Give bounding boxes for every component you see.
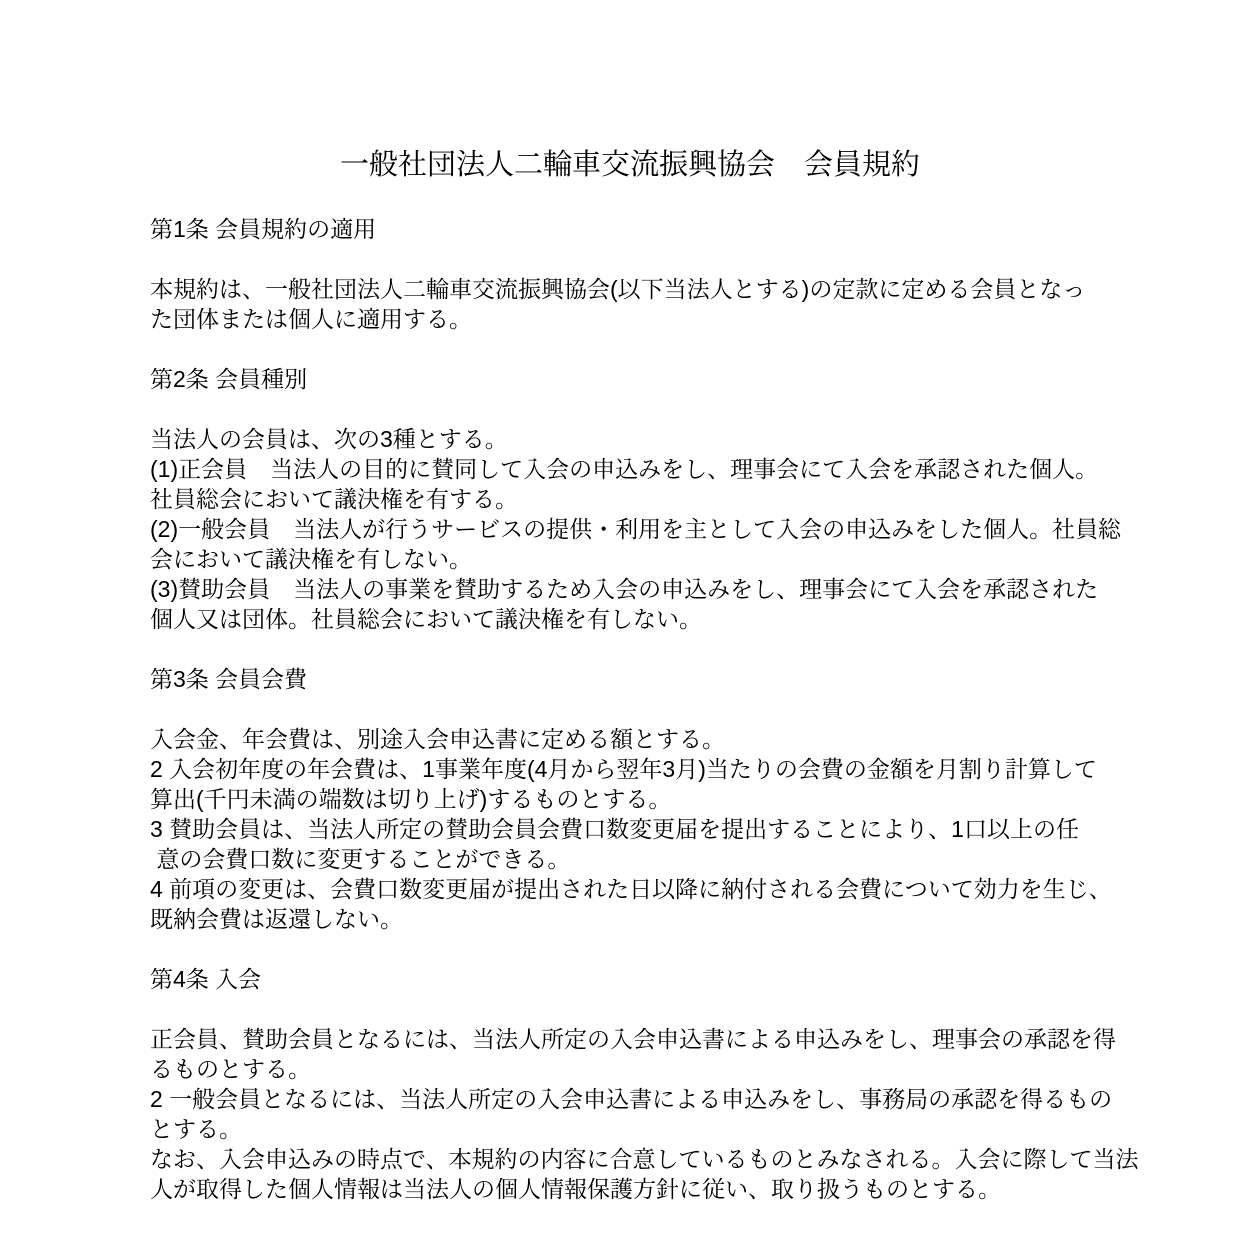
body-line: 本規約は、一般社団法人二輪車交流振興協会(以下当法人とする)の定款に定める会員と… xyxy=(150,274,1110,304)
body-line: 2 一般会員となるには、当法人所定の入会申込書による申込みをし、事務局の承認を得… xyxy=(150,1084,1110,1114)
body-line: た団体または個人に適用する。 xyxy=(150,304,1110,334)
article-1-body: 本規約は、一般社団法人二輪車交流振興協会(以下当法人とする)の定款に定める会員と… xyxy=(150,274,1110,334)
body-line: (2)一般会員 当法人が行うサービスの提供・利用を主として入会の申込みをした個人… xyxy=(150,514,1110,544)
section-article-2: 第2条 会員種別 当法人の会員は、次の3種とする。 (1)正会員 当法人の目的に… xyxy=(150,364,1110,634)
article-2-heading: 第2条 会員種別 xyxy=(150,364,1110,394)
body-line: るものとする。 xyxy=(150,1054,1110,1084)
body-line: 正会員、賛助会員となるには、当法人所定の入会申込書による申込みをし、理事会の承認… xyxy=(150,1024,1110,1054)
article-4-body: 正会員、賛助会員となるには、当法人所定の入会申込書による申込みをし、理事会の承認… xyxy=(150,1024,1110,1204)
body-line: 意の会費口数に変更することができる。 xyxy=(150,844,1110,874)
body-line: 4 前項の変更は、会費口数変更届が提出された日以降に納付される会費について効力を… xyxy=(150,874,1110,904)
body-line: 2 入会初年度の年会費は、1事業年度(4月から翌年3月)当たりの会費の金額を月割… xyxy=(150,754,1110,784)
article-3-heading: 第3条 会員会費 xyxy=(150,664,1110,694)
document-page: 一般社団法人二輪車交流振興協会 会員規約 第1条 会員規約の適用 本規約は、一般… xyxy=(0,0,1242,1242)
document-title: 一般社団法人二輪車交流振興協会 会員規約 xyxy=(150,146,1110,184)
body-line: 会において議決権を有しない。 xyxy=(150,544,1110,574)
body-line: 個人又は団体。社員総会において議決権を有しない。 xyxy=(150,604,1110,634)
article-4-heading: 第4条 入会 xyxy=(150,964,1110,994)
body-line: 社員総会において議決権を有する。 xyxy=(150,484,1110,514)
body-line: なお、入会申込みの時点で、本規約の内容に合意しているものとみなされる。入会に際し… xyxy=(150,1144,1110,1174)
article-3-body: 入会金、年会費は、別途入会申込書に定める額とする。 2 入会初年度の年会費は、1… xyxy=(150,724,1110,934)
body-line: 人が取得した個人情報は当法人の個人情報保護方針に従い、取り扱うものとする。 xyxy=(150,1174,1110,1204)
body-line: (1)正会員 当法人の目的に賛同して入会の申込みをし、理事会にて入会を承認された… xyxy=(150,454,1110,484)
document-content: 一般社団法人二輪車交流振興協会 会員規約 第1条 会員規約の適用 本規約は、一般… xyxy=(150,146,1110,1204)
body-line: 入会金、年会費は、別途入会申込書に定める額とする。 xyxy=(150,724,1110,754)
body-line: 既納会費は返還しない。 xyxy=(150,904,1110,934)
body-line: (3)賛助会員 当法人の事業を賛助するため入会の申込みをし、理事会にて入会を承認… xyxy=(150,574,1110,604)
section-article-1: 第1条 会員規約の適用 本規約は、一般社団法人二輪車交流振興協会(以下当法人とす… xyxy=(150,214,1110,334)
body-line: 3 賛助会員は、当法人所定の賛助会員会費口数変更届を提出することにより、1口以上… xyxy=(150,814,1110,844)
body-line: 算出(千円未満の端数は切り上げ)するものとする。 xyxy=(150,784,1110,814)
body-line: 当法人の会員は、次の3種とする。 xyxy=(150,424,1110,454)
section-article-3: 第3条 会員会費 入会金、年会費は、別途入会申込書に定める額とする。 2 入会初… xyxy=(150,664,1110,934)
article-1-heading: 第1条 会員規約の適用 xyxy=(150,214,1110,244)
section-article-4: 第4条 入会 正会員、賛助会員となるには、当法人所定の入会申込書による申込みをし… xyxy=(150,964,1110,1204)
article-2-body: 当法人の会員は、次の3種とする。 (1)正会員 当法人の目的に賛同して入会の申込… xyxy=(150,424,1110,634)
body-line: とする。 xyxy=(150,1114,1110,1144)
